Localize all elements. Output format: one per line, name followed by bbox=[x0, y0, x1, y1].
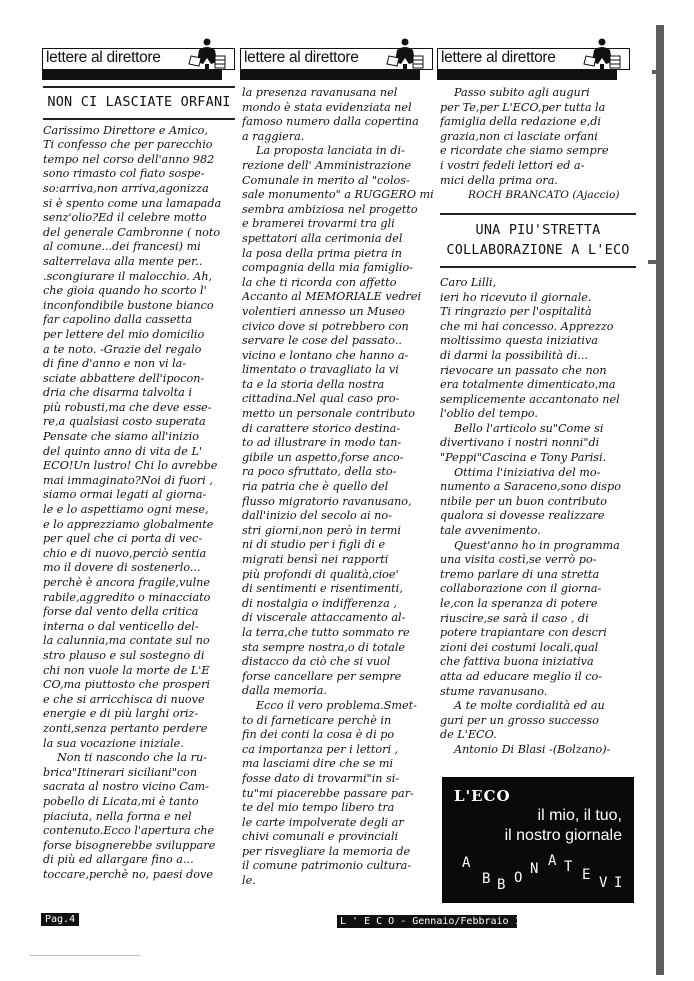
text-line: Ottima l'iniziativa del mo- bbox=[440, 466, 636, 481]
text-line: sale monumento" a RUGGERO mi bbox=[242, 188, 434, 203]
text-line: che mi hai concesso. Apprezzo bbox=[440, 320, 636, 335]
text-line: Bello l'articolo su"Come si bbox=[440, 422, 636, 437]
text-line: zioni dei costumi locali,qual bbox=[440, 641, 636, 656]
subscription-ad: L'ECO il mio, il tuo, il nostro giornale… bbox=[442, 777, 634, 903]
text-line: contenuto.Ecco l'apertura che bbox=[43, 824, 235, 839]
text-line: volentieri annesso un Museo bbox=[242, 305, 434, 320]
column-3: Passo subito agli auguriper Te,per L'ECO… bbox=[440, 86, 636, 758]
text-line: sciate abbattere dell'ipocon- bbox=[43, 372, 235, 387]
ad-brand: L'ECO bbox=[454, 787, 511, 805]
text-line: rievocare un passato che non bbox=[440, 364, 636, 379]
section-banner-3: lettere al direttore bbox=[437, 48, 630, 82]
text-line: rezione dell' Amministrazione bbox=[242, 159, 434, 174]
text-line: civico dove si potrebbero con bbox=[242, 320, 434, 335]
text-line: ra poco sfruttato, della sto- bbox=[242, 465, 434, 480]
headline-rule-bottom bbox=[43, 118, 235, 120]
text-line: mai immaginato?Noi di fuori , bbox=[43, 474, 235, 489]
text-line: forse bisognerebbe sviluppare bbox=[43, 839, 235, 854]
text-line: brica"Itinerari siciliani"con bbox=[43, 766, 235, 781]
headline-rule-top bbox=[440, 213, 636, 215]
text-line: mondo è stata evidenziata nel bbox=[242, 101, 434, 116]
text-line: dria che disarma talvolta i bbox=[43, 386, 235, 401]
text-line: e ricordate che siamo sempre bbox=[440, 144, 636, 159]
article-2-body: Caro Lilli,ieri ho ricevuto il giornale.… bbox=[440, 276, 636, 743]
text-line: re,a qualsiasi costo superata bbox=[43, 415, 235, 430]
text-line: sacrata al nostro vicino Cam- bbox=[43, 780, 235, 795]
column-1: NON CI LASCIATE ORFANI Carissimo Diretto… bbox=[43, 86, 235, 882]
person-at-desk-icon bbox=[187, 36, 227, 80]
text-line: potere trapiantare con descri bbox=[440, 626, 636, 641]
text-line: CO,ma piuttosto che prosperi bbox=[43, 678, 235, 693]
text-line: vicino e lontano che hanno a- bbox=[242, 349, 434, 364]
footer-rule bbox=[30, 955, 140, 956]
text-line: di viscerale attaccamento al- bbox=[242, 611, 434, 626]
text-line: di nostalgia o indifferenza , bbox=[242, 597, 434, 612]
text-line: divertivano i nostri nonni"di bbox=[440, 436, 636, 451]
text-line: i vostri fedeli lettori ed a- bbox=[440, 159, 636, 174]
text-line: tempo nel corso dell'anno 982 bbox=[43, 153, 235, 168]
text-line: ta e la storia della nostra bbox=[242, 378, 434, 393]
text-line: pobello di Licata,mi è tanto bbox=[43, 795, 235, 810]
text-line: la sua vocazione iniziale. bbox=[43, 737, 235, 752]
text-line: di più ed allargare fino a... bbox=[43, 853, 235, 868]
text-line: nibile per un buon contributo bbox=[440, 495, 636, 510]
text-line: la terra,che tutto sommato re bbox=[242, 626, 434, 641]
text-line: limentato o travagliato la vi bbox=[242, 363, 434, 378]
text-line: del quinto anno di vita de L' bbox=[43, 445, 235, 460]
text-line: più robusti,ma che deve esse- bbox=[43, 401, 235, 416]
section-banner-2: lettere al direttore bbox=[240, 48, 433, 82]
ad-letter: V bbox=[599, 875, 607, 891]
text-line: te del mio tempo libero tra bbox=[242, 801, 434, 816]
text-line: si è spento come una lamapada bbox=[43, 197, 235, 212]
text-line: siamo ormai legati al giorna- bbox=[43, 488, 235, 503]
text-line: Passo subito agli auguri bbox=[440, 86, 636, 101]
ad-letter: O bbox=[514, 870, 522, 886]
ad-tagline-2: il nostro giornale bbox=[505, 827, 622, 845]
text-line: ma lasciami dire che se mi bbox=[242, 757, 434, 772]
page-number: Pag.4 bbox=[41, 913, 79, 926]
text-line: chi non vuole la morte de L'E bbox=[43, 664, 235, 679]
text-line: .scongiurare il malocchio. Ah, bbox=[43, 270, 235, 285]
text-line: toccare,perchè no, paesi dove bbox=[43, 868, 235, 883]
ad-letter: A bbox=[462, 855, 470, 871]
text-line: ca importanza per i lettori , bbox=[242, 743, 434, 758]
text-line: che fattiva buona iniziativa bbox=[440, 655, 636, 670]
text-line: rabile,aggredito o minacciato bbox=[43, 591, 235, 606]
text-line: far capolino dalla cassetta bbox=[43, 313, 235, 328]
text-line: A te molte cordialità ed au bbox=[440, 699, 636, 714]
headline-rule-bottom bbox=[440, 266, 636, 268]
article-2-headline-line-2: COLLABORAZIONE A L'ECO bbox=[440, 243, 636, 258]
text-line: Accanto al MEMORIALE vedrei bbox=[242, 290, 434, 305]
text-line: atta ad educare meglio il co- bbox=[440, 670, 636, 685]
text-line: salterrelava alla mente per.. bbox=[43, 255, 235, 270]
text-line: e lo apprezziamo globalmente bbox=[43, 518, 235, 533]
text-line: di fine d'anno e non vi la- bbox=[43, 357, 235, 372]
text-line: ria patria che è quello del bbox=[242, 480, 434, 495]
text-line: le e lo aspettiamo ogni mese, bbox=[43, 503, 235, 518]
text-line: servare le cose del passato.. bbox=[242, 334, 434, 349]
text-line: guri per un grosso successo bbox=[440, 714, 636, 729]
text-line: zonti,senza pertanto perdere bbox=[43, 722, 235, 737]
article-1-headline: NON CI LASCIATE ORFANI bbox=[43, 95, 235, 110]
text-line: distacco da ciò che si vuol bbox=[242, 655, 434, 670]
newspaper-page: lettere al direttore lettere al direttor… bbox=[0, 0, 694, 981]
text-line: tale avvenimento. bbox=[440, 524, 636, 539]
text-line: energie e di più larghi oriz- bbox=[43, 707, 235, 722]
text-line: Ecco il vero problema.Smet- bbox=[242, 699, 434, 714]
text-line: La proposta lanciata in di- bbox=[242, 144, 434, 159]
text-line: del generale Cambronne ( noto bbox=[43, 226, 235, 241]
text-line: fosse dato di trovarmi"in si- bbox=[242, 772, 434, 787]
text-line: famoso numero dalla copertina bbox=[242, 115, 434, 130]
text-line: per lettere del mio domicilio bbox=[43, 328, 235, 343]
text-line: dalla memoria. bbox=[242, 684, 434, 699]
text-line: le carte impolverate degli ar bbox=[242, 816, 434, 831]
text-line: era totalmente dimenticato,ma bbox=[440, 378, 636, 393]
text-line: Comunale in merito al "colos- bbox=[242, 174, 434, 189]
text-line: per risvegliare la memoria de bbox=[242, 845, 434, 860]
text-line: ECO!Un lustro! Chi lo avrebbe bbox=[43, 459, 235, 474]
text-line: sembra ambiziosa nel progetto bbox=[242, 203, 434, 218]
text-line: forse dal vento della critica bbox=[43, 605, 235, 620]
article-1-body-part-2: la presenza ravanusana nelmondo è stata … bbox=[242, 86, 434, 889]
text-line: e che si arricchisca di nuove bbox=[43, 693, 235, 708]
ad-letter: E bbox=[582, 867, 590, 883]
text-line: Carissimo Direttore e Amico, bbox=[43, 124, 235, 139]
text-line: stume ravanusano. bbox=[440, 685, 636, 700]
text-line: sono rimasto col fiato sospe- bbox=[43, 167, 235, 182]
text-line: famiglia della redazione e,di bbox=[440, 115, 636, 130]
text-line: la calunnia,ma contate sul no bbox=[43, 634, 235, 649]
text-line: to ad illustrare in modo tan- bbox=[242, 436, 434, 451]
article-1-body-part-3: Passo subito agli auguriper Te,per L'ECO… bbox=[440, 86, 636, 188]
text-line: sta sempre nostra,o di totale bbox=[242, 641, 434, 656]
text-line: Caro Lilli, bbox=[440, 276, 636, 291]
text-line: flusso migratorio ravanusano, bbox=[242, 495, 434, 510]
text-line: stro plauso e sul sostegno di bbox=[43, 649, 235, 664]
text-line: a te noto. -Grazie del regalo bbox=[43, 343, 235, 358]
section-title: lettere al direttore bbox=[441, 49, 556, 67]
ad-letter: B bbox=[482, 871, 490, 887]
text-line: Ti ringrazio per l'ospitalità bbox=[440, 305, 636, 320]
text-line: di sentimenti e risentimenti, bbox=[242, 582, 434, 597]
text-line: la che ti ricorda con affetto bbox=[242, 276, 434, 291]
text-line: compagnia della mia famiglio- bbox=[242, 261, 434, 276]
text-line: a raggiera. bbox=[242, 130, 434, 145]
section-title: lettere al direttore bbox=[46, 49, 161, 67]
text-line: Non ti nascondo che la ru- bbox=[43, 751, 235, 766]
text-line: Quest'anno ho in programma bbox=[440, 539, 636, 554]
text-line: metto un personale contributo bbox=[242, 407, 434, 422]
text-line: grazia,non ci lasciate orfani bbox=[440, 130, 636, 145]
text-line: stri giorni,non però in termi bbox=[242, 524, 434, 539]
text-line: ieri ho ricevuto il giornale. bbox=[440, 291, 636, 306]
text-line: la posa della prima pietra in bbox=[242, 247, 434, 262]
binding-shadow bbox=[656, 25, 664, 975]
ad-letter: I bbox=[614, 875, 622, 891]
text-line: qualora si dovesse realizzare bbox=[440, 509, 636, 524]
text-line: e bramerei trovarmi tra gli bbox=[242, 217, 434, 232]
article-2-signature: Antonio Di Blasi -(Bolzano)- bbox=[440, 743, 636, 758]
text-line: di carattere storico destina- bbox=[242, 422, 434, 437]
text-line: al comune...dei francesi) mi bbox=[43, 240, 235, 255]
text-line: mici della prima ora. bbox=[440, 174, 636, 189]
text-line: più profondi di qualità,cioe' bbox=[242, 568, 434, 583]
text-line: perchè è ancora fragile,vulne bbox=[43, 576, 235, 591]
text-line: ni di studio per i figli di e bbox=[242, 538, 434, 553]
article-1-signature: ROCH BRANCATO (Ajaccio) bbox=[440, 188, 636, 203]
text-line: so:arriva,non arriva,agonizza bbox=[43, 182, 235, 197]
text-line: forse cancellare per sempre bbox=[242, 670, 434, 685]
text-line: tremo parlare di una stretta bbox=[440, 568, 636, 583]
person-at-desk-icon bbox=[582, 36, 622, 80]
text-line: collaborazione con il giorna- bbox=[440, 582, 636, 597]
text-line: riuscire,se sarà il caso , di bbox=[440, 612, 636, 627]
headline-rule-top bbox=[43, 86, 235, 88]
text-line: numento a Saraceno,sono dispo bbox=[440, 480, 636, 495]
text-line: spettatori alla cerimonia del bbox=[242, 232, 434, 247]
article-2-headline-line-1: UNA PIU'STRETTA bbox=[440, 223, 636, 238]
text-line: per Te,per L'ECO,per tutta la bbox=[440, 101, 636, 116]
text-line: senz'olio?Ed il celebre motto bbox=[43, 211, 235, 226]
text-line: l'oblio del tempo. bbox=[440, 407, 636, 422]
ad-tagline-1: il mio, il tuo, bbox=[538, 807, 622, 825]
text-line: inconfondibile bustone bianco bbox=[43, 299, 235, 314]
text-line: che gioia quando ho scorto l' bbox=[43, 284, 235, 299]
ad-letter: N bbox=[530, 861, 538, 877]
text-line: le,con la speranza di potere bbox=[440, 597, 636, 612]
person-at-desk-icon bbox=[385, 36, 425, 80]
text-line: chivi comunali e provinciali bbox=[242, 830, 434, 845]
text-line: migrati bensì nei rapporti bbox=[242, 553, 434, 568]
text-line: di darmi la possibilità di... bbox=[440, 349, 636, 364]
text-line: semplicemente accantonato nel bbox=[440, 393, 636, 408]
text-line: chio e di nuovo,perciò sentia bbox=[43, 547, 235, 562]
ad-letter: A bbox=[548, 853, 556, 869]
section-title: lettere al direttore bbox=[244, 49, 359, 67]
text-line: Ti confesso che per parecchio bbox=[43, 138, 235, 153]
text-line: per quel che ci porta di vec- bbox=[43, 532, 235, 547]
text-line: interna o dal venticello del- bbox=[43, 620, 235, 635]
ad-letter: B bbox=[497, 877, 505, 893]
section-banner-1: lettere al direttore bbox=[42, 48, 235, 82]
text-line: mo il dovere di sostenerlo... bbox=[43, 561, 235, 576]
text-line: cittadina.Nel qual caso pro- bbox=[242, 392, 434, 407]
text-line: dall'inizio del secolo ai no- bbox=[242, 509, 434, 524]
text-line: gibile un aspetto,forse anco- bbox=[242, 451, 434, 466]
text-line: to di farneticare perchè in bbox=[242, 714, 434, 729]
text-line: fin dei conti la cosa è di po bbox=[242, 728, 434, 743]
text-line: tu"mi piacerebbe passare par- bbox=[242, 787, 434, 802]
article-1-body-part-1: Carissimo Direttore e Amico,Ti confesso … bbox=[43, 124, 235, 883]
text-line: una visita costì,se verrò po- bbox=[440, 553, 636, 568]
issue-label: L ' E C O - Gennaio/Febbraio 1983 bbox=[337, 915, 517, 928]
text-line: "Peppi"Cascina e Tony Parisi. bbox=[440, 451, 636, 466]
text-line: il comune patrimonio cultura- bbox=[242, 859, 434, 874]
ad-letter: T bbox=[564, 859, 572, 875]
text-line: la presenza ravanusana nel bbox=[242, 86, 434, 101]
text-line: piaciuta, nella forma e nel bbox=[43, 810, 235, 825]
text-line: de L'ECO. bbox=[440, 728, 636, 743]
text-line: le. bbox=[242, 874, 434, 889]
text-line: Pensate che siamo all'inizio bbox=[43, 430, 235, 445]
text-line: moltissimo questa iniziativa bbox=[440, 334, 636, 349]
column-2: la presenza ravanusana nelmondo è stata … bbox=[242, 86, 434, 889]
